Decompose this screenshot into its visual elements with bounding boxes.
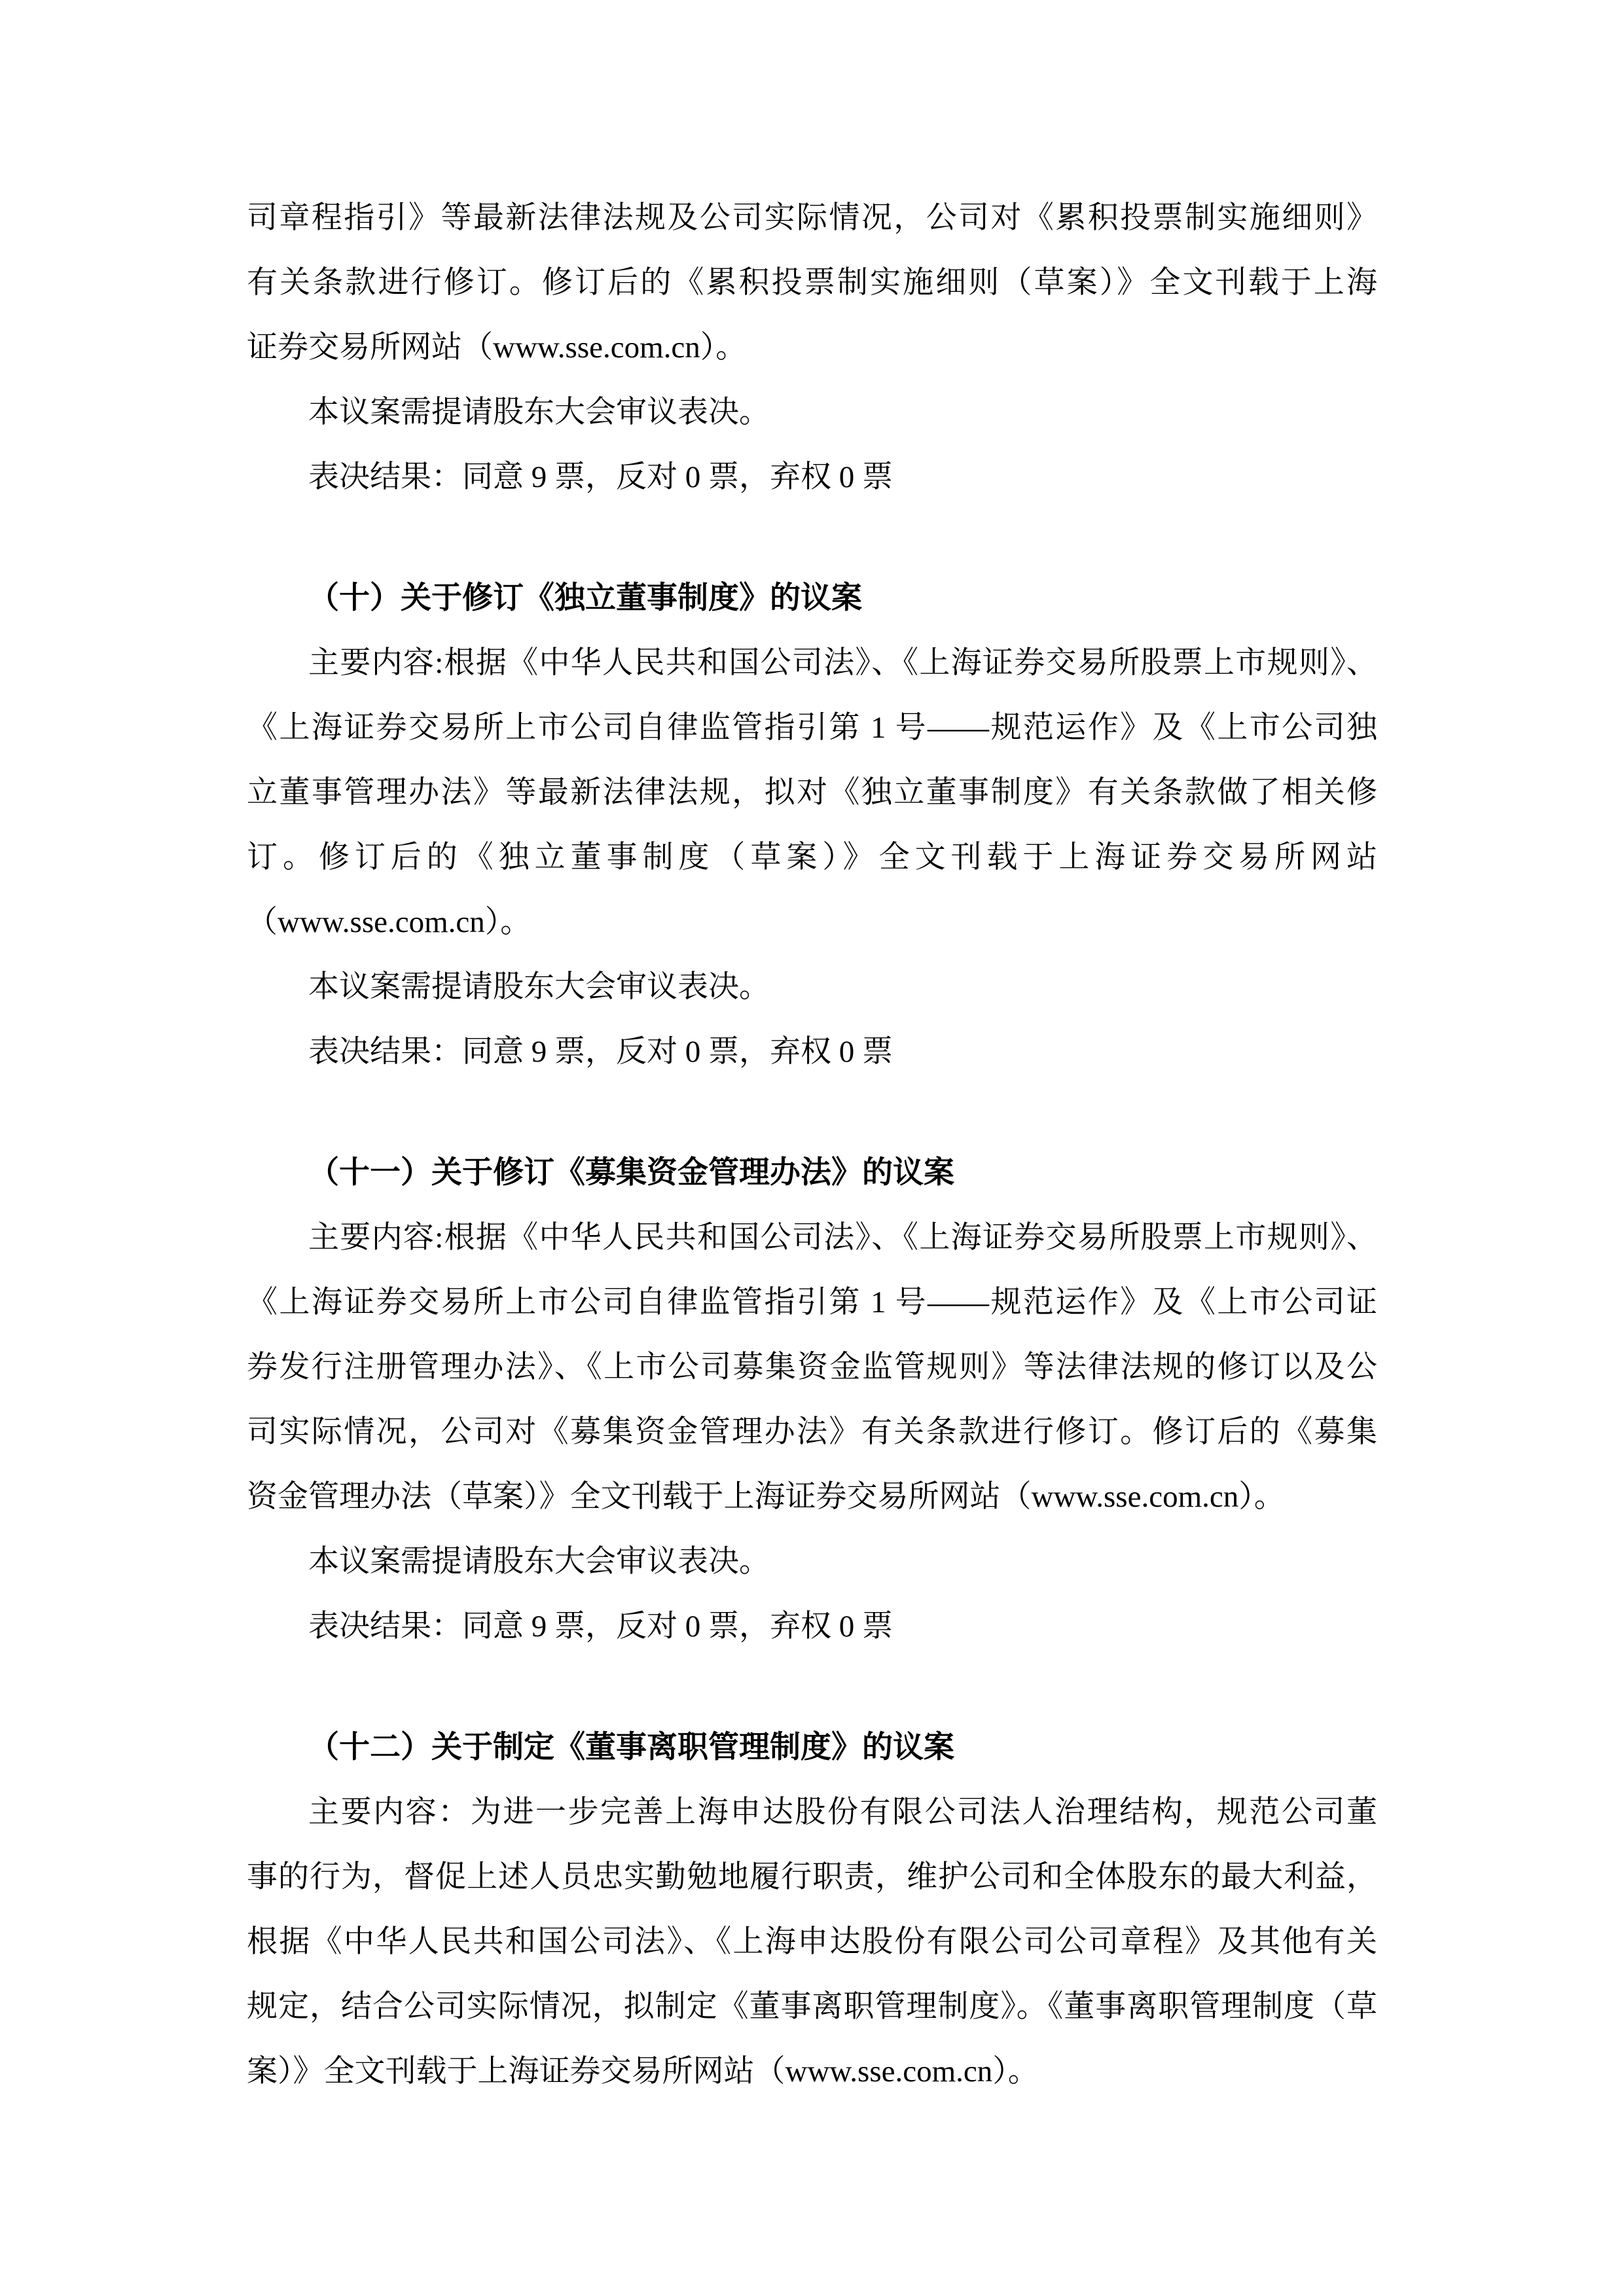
text-line: 《上海证券交易所上市公司自律监管指引第 1 号——规范运作》及《上市公司证: [247, 1270, 1377, 1335]
text-line: 根据《中华人民共和国公司法》、《上海申达股份有限公司公司章程》及其他有关: [247, 1910, 1377, 1975]
text-line: 本议案需提请股东大会审议表决。: [247, 955, 1377, 1020]
text-line: 立董事管理办法》等最新法律法规，拟对《独立董事制度》有关条款做了相关修: [247, 761, 1377, 825]
text-line: 规定，结合公司实际情况，拟制定《董事离职管理制度》。《董事离职管理制度（草: [247, 1975, 1377, 2039]
text-line: 案）》全文刊载于上海证券交易所网站（www.sse.com.cn）。: [247, 2039, 1377, 2104]
text-line: 证券交易所网站（www.sse.com.cn）。: [247, 315, 1377, 380]
blank-line: [247, 1085, 1377, 1141]
text-line: 事的行为，督促上述人员忠实勤勉地履行职责，维护公司和全体股东的最大利益，: [247, 1845, 1377, 1910]
text-line: 司章程指引》等最新法律法规及公司实际情况，公司对《累积投票制实施细则》: [247, 186, 1377, 251]
text-line: 本议案需提请股东大会审议表决。: [247, 380, 1377, 445]
heading-line: （十一）关于修订《募集资金管理办法》的议案: [247, 1141, 1377, 1206]
text-line: 订。修订后的《独立董事制度（草案）》全文刊载于上海证券交易所网站: [247, 825, 1377, 890]
blank-line: [247, 1659, 1377, 1715]
text-line: 表决结果：同意 9 票，反对 0 票，弃权 0 票: [247, 445, 1377, 510]
text-line: 司实际情况，公司对《募集资金管理办法》有关条款进行修订。修订后的《募集: [247, 1400, 1377, 1465]
document-page: 司章程指引》等最新法律法规及公司实际情况，公司对《累积投票制实施细则》有关条款进…: [0, 0, 1624, 2296]
blank-line: [247, 510, 1377, 566]
text-line: 资金管理办法（草案）》全文刊载于上海证券交易所网站（www.sse.com.cn…: [247, 1465, 1377, 1530]
text-line: 券发行注册管理办法》、《上市公司募集资金监管规则》等法律法规的修订以及公: [247, 1335, 1377, 1400]
text-line: 表决结果：同意 9 票，反对 0 票，弃权 0 票: [247, 1594, 1377, 1659]
text-line: 《上海证券交易所上市公司自律监管指引第 1 号——规范运作》及《上市公司独: [247, 696, 1377, 761]
text-line: 有关条款进行修订。修订后的《累积投票制实施细则（草案）》全文刊载于上海: [247, 251, 1377, 315]
heading-line: （十）关于修订《独立董事制度》的议案: [247, 566, 1377, 631]
text-line: 主要内容：为进一步完善上海申达股份有限公司法人治理结构，规范公司董: [247, 1780, 1377, 1845]
text-line: （www.sse.com.cn）。: [247, 890, 1377, 955]
heading-line: （十二）关于制定《董事离职管理制度》的议案: [247, 1715, 1377, 1780]
text-line: 本议案需提请股东大会审议表决。: [247, 1530, 1377, 1594]
text-line: 主要内容:根据《中华人民共和国公司法》、《上海证券交易所股票上市规则》、: [247, 631, 1377, 696]
text-line: 主要内容:根据《中华人民共和国公司法》、《上海证券交易所股票上市规则》、: [247, 1206, 1377, 1270]
text-line: 表决结果：同意 9 票，反对 0 票，弃权 0 票: [247, 1020, 1377, 1085]
